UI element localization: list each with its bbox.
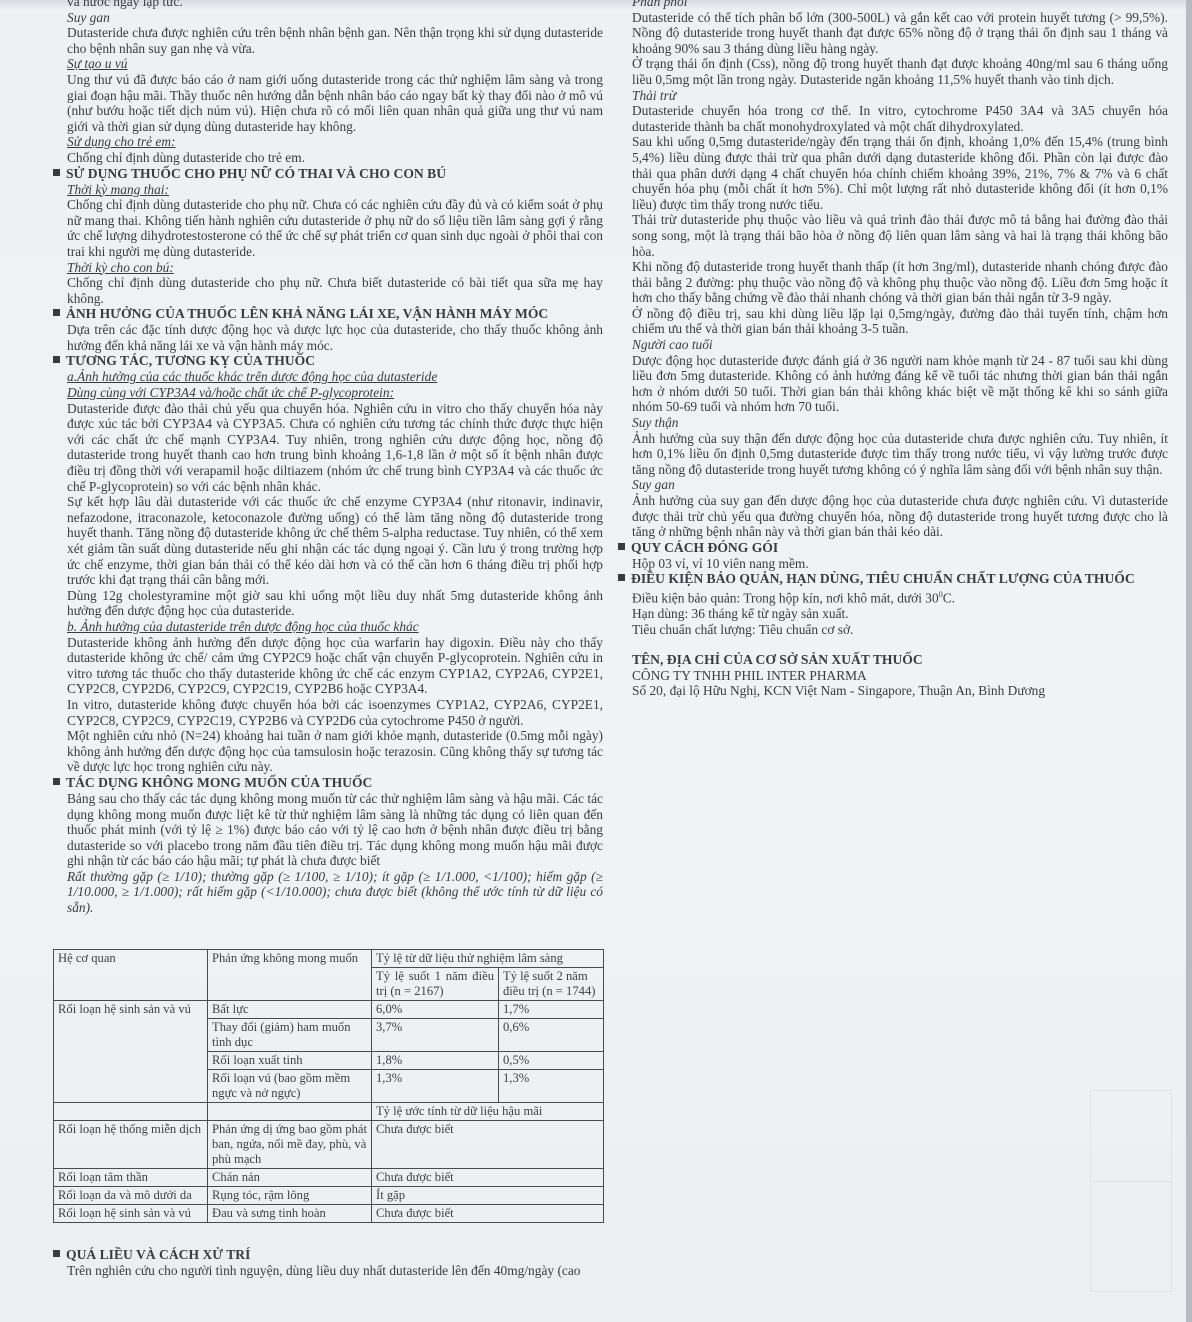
storage-heading-text: ĐIỀU KIỆN BẢO QUẢN, HẠN DÙNG, TIÊU CHUẨN…: [631, 571, 1135, 586]
table-row: Rối loạn tâm thần Chán nản Chưa được biế…: [54, 1169, 604, 1187]
reaction-cell: Rụng tóc, rậm lông: [208, 1187, 372, 1205]
reaction-cell: Chán nản: [208, 1169, 372, 1187]
thai-tru-para-2: Sau khi uống 0,5mg dutasteride/ngày đến …: [618, 134, 1168, 212]
reaction-cell: Rối loạn xuất tinh: [208, 1052, 372, 1070]
interactions-heading-text: TƯƠNG TÁC, TƯƠNG KỴ CỦA THUỐC: [66, 353, 315, 368]
left-column: và nước ngay lập tức. Suy gan Dutasterid…: [53, 0, 603, 916]
rate-cell: Chưa được biết: [372, 1169, 604, 1187]
year1-cell: 6,0%: [372, 1001, 499, 1019]
header-reaction: Phản ứng không mong muốn: [208, 950, 372, 1001]
interactions-para-2: Sự kết hợp lâu dài dutasteride với các t…: [53, 494, 603, 588]
square-bullet-icon: [618, 543, 625, 550]
organ-cell: Rối loạn hệ sinh sản và vú: [54, 1001, 208, 1103]
overdose-text: Trên nghiên cứu cho người tình nguyện, d…: [53, 1263, 603, 1279]
quality-standard: Tiêu chuẩn chất lượng: Tiêu chuẩn cơ sở.: [618, 622, 1168, 638]
suy-gan-text: Dutasteride chưa được nghiên cứu trên bệ…: [53, 25, 603, 56]
table-row: Rối loạn hệ sinh sản và vú Bất lực 6,0% …: [54, 1001, 604, 1019]
rate-cell: Chưa được biết: [372, 1121, 604, 1169]
nguoi-cao-tuoi-title: Người cao tuổi: [618, 337, 1168, 353]
packaging-heading: QUY CÁCH ĐÓNG GÓI: [618, 540, 1168, 556]
thai-tru-para-3: Thải trừ dutasteride phụ thuộc vào liều …: [618, 212, 1168, 259]
suy-gan-right-title: Suy gan: [618, 477, 1168, 493]
header-year1: Tỷ lệ suốt 1 năm điều trị (n = 2167): [372, 968, 499, 1001]
interactions-para-1: Dutasteride được đào thải chủ yếu qua ch…: [53, 401, 603, 495]
table-header-row: Hệ cơ quan Phản ứng không mong muốn Tỷ l…: [54, 950, 604, 968]
driving-heading: ẢNH HƯỞNG CỦA THUỐC LÊN KHẢ NĂNG LÁI XE,…: [53, 306, 603, 322]
year2-cell: 0,5%: [499, 1052, 604, 1070]
storage-condition: Điều kiện bảo quản: Trong hộp kín, nơi k…: [618, 587, 1168, 606]
rate-cell: Chưa được biết: [372, 1205, 604, 1223]
pregnancy-heading: SỬ DỤNG THUỐC CHO PHỤ NỮ CÓ THAI VÀ CHO …: [53, 166, 603, 182]
organ-cell: Rối loạn da và mô dưới da: [54, 1187, 208, 1205]
interactions-heading: TƯƠNG TÁC, TƯƠNG KỴ CỦA THUỐC: [53, 353, 603, 369]
cho-con-bu-title: Thời kỳ cho con bú:: [53, 260, 603, 276]
organ-cell: Rối loạn hệ thống miễn dịch: [54, 1121, 208, 1169]
frequency-note: Rất thường gặp (≥ 1/10); thường gặp (≥ 1…: [53, 869, 603, 916]
su-tao-u-vu-title: Sự tạo u vú: [53, 56, 603, 72]
thai-tru-para-4: Khi nồng độ dutasteride trong huyết than…: [618, 259, 1168, 306]
adverse-text: Bảng sau cho thấy các tác dụng không mon…: [53, 791, 603, 869]
interactions-para-3: Dùng 12g cholestyramine một giờ sau khi …: [53, 588, 603, 619]
year1-cell: 1,8%: [372, 1052, 499, 1070]
rate-cell: Ít gặp: [372, 1187, 604, 1205]
storage-condition-text: Điều kiện bảo quản: Trong hộp kín, nơi k…: [632, 591, 939, 606]
interactions-sub-a2: Dùng cùng với CYP3A4 và/hoặc chất ức chế…: [53, 385, 603, 401]
reaction-cell: Thay đổi (giảm) ham muốn tình dục: [208, 1019, 372, 1052]
tre-em-text: Chống chỉ định dùng dutasteride cho trẻ …: [53, 150, 603, 166]
driving-heading-text: ẢNH HƯỞNG CỦA THUỐC LÊN KHẢ NĂNG LÁI XE,…: [66, 306, 548, 321]
right-column: Phân phối Dutasteride có thể tích phân b…: [618, 0, 1168, 699]
manufacturer-company: CÔNG TY TNHH PHIL INTER PHARMA: [618, 668, 1168, 684]
square-bullet-icon: [53, 169, 60, 176]
tre-em-title: Sử dụng cho trẻ em:: [53, 134, 603, 150]
storage-heading: ĐIỀU KIỆN BẢO QUẢN, HẠN DÙNG, TIÊU CHUẨN…: [618, 571, 1168, 587]
reaction-cell: Rối loạn vú (bao gồm mềm ngực và nở ngực…: [208, 1070, 372, 1103]
manufacturer-heading: TÊN, ĐỊA CHỈ CỦA CƠ SỞ SẢN XUẤT THUỐC: [618, 652, 1168, 668]
shelf-life: Hạn dùng: 36 tháng kể từ ngày sản xuất.: [618, 606, 1168, 622]
square-bullet-icon: [53, 309, 60, 316]
suy-gan-right-text: Ảnh hưởng của suy gan đến dược động học …: [618, 493, 1168, 540]
overdose-heading-text: QUÁ LIỀU VÀ CÁCH XỬ TRÍ: [66, 1247, 250, 1262]
su-tao-u-vu-text: Ung thư vú đã được báo cáo ở nam giới uố…: [53, 72, 603, 134]
phan-phoi-title: Phân phối: [618, 0, 1168, 10]
page-edge: [1186, 0, 1192, 1322]
square-bullet-icon: [53, 778, 60, 785]
year2-cell: 1,7%: [499, 1001, 604, 1019]
reaction-cell: Đau và sưng tinh hoàn: [208, 1205, 372, 1223]
adverse-effects-table: Hệ cơ quan Phản ứng không mong muốn Tỷ l…: [53, 949, 604, 1223]
header-clinical: Tỷ lệ từ dữ liệu thử nghiệm lâm sàng: [372, 950, 604, 968]
phan-phoi-para-2: Ở trạng thái ổn định (Css), nồng độ tron…: [618, 56, 1168, 87]
adverse-heading: TÁC DỤNG KHÔNG MONG MUỐN CỦA THUỐC: [53, 775, 603, 791]
overdose-heading: QUÁ LIỀU VÀ CÁCH XỬ TRÍ: [53, 1247, 603, 1263]
empty-cell: [54, 1103, 208, 1121]
table-row: Rối loạn da và mô dưới da Rụng tóc, rậm …: [54, 1187, 604, 1205]
adverse-heading-text: TÁC DỤNG KHÔNG MONG MUỐN CỦA THUỐC: [66, 775, 372, 790]
intro-line: và nước ngay lập tức.: [53, 0, 603, 10]
square-bullet-icon: [53, 1250, 60, 1257]
storage-condition-unit: C.: [943, 591, 955, 606]
phan-phoi-para-1: Dutasteride có thể tích phân bố lớn (300…: [618, 10, 1168, 57]
thai-tru-para-1: Dutasteride chuyển hóa trong cơ thể. In …: [618, 103, 1168, 134]
interactions-sub-a: a.Ảnh hưởng của các thuốc khác trên dược…: [53, 369, 603, 385]
nguoi-cao-tuoi-text: Dược động học dutasteride được đánh giá …: [618, 353, 1168, 415]
packaging-heading-text: QUY CÁCH ĐÓNG GÓI: [631, 540, 778, 555]
organ-cell: Rối loạn tâm thần: [54, 1169, 208, 1187]
pregnancy-heading-text: SỬ DỤNG THUỐC CHO PHỤ NỮ CÓ THAI VÀ CHO …: [66, 166, 446, 181]
reaction-cell: Bất lực: [208, 1001, 372, 1019]
year2-cell: 1,3%: [499, 1070, 604, 1103]
reaction-cell: Phản ứng dị ứng bao gồm phát ban, ngứa, …: [208, 1121, 372, 1169]
mang-thai-title: Thời kỳ mang thai:: [53, 182, 603, 198]
show-through-table: [1090, 1090, 1172, 1292]
mang-thai-text: Chống chỉ định dùng dutasteride cho phụ …: [53, 197, 603, 259]
header-year2: Tỷ lệ suốt 2 năm điều trị (n = 1744): [499, 968, 604, 1001]
packaging-text: Hộp 03 vỉ, vỉ 10 viên nang mềm.: [618, 556, 1168, 572]
year1-cell: 1,3%: [372, 1070, 499, 1103]
thai-tru-para-5: Ở nồng độ điều trị, sau khi dùng liều lặ…: [618, 306, 1168, 337]
suy-than-text: Ảnh hưởng của suy thận đến dược động học…: [618, 431, 1168, 478]
manufacturer-address: Số 20, đại lộ Hữu Nghị, KCN Việt Nam - S…: [618, 683, 1168, 699]
thai-tru-title: Thải trừ: [618, 88, 1168, 104]
empty-cell: [208, 1103, 372, 1121]
organ-cell: Rối loạn hệ sinh sản và vú: [54, 1205, 208, 1223]
cho-con-bu-text: Chống chỉ định dùng dutasteride cho phụ …: [53, 275, 603, 306]
interactions-sub-b: b. Ảnh hưởng của dutasteride trên dược đ…: [53, 619, 603, 635]
interactions-para-6: Một nghiên cứu nhỏ (N=24) khoảng hai tuầ…: [53, 728, 603, 775]
interactions-para-5: In vitro, dutasteride không được chuyển …: [53, 697, 603, 728]
table-row: Rối loạn hệ thống miễn dịch Phản ứng dị …: [54, 1121, 604, 1169]
overdose-section: QUÁ LIỀU VÀ CÁCH XỬ TRÍ Trên nghiên cứu …: [53, 1247, 603, 1279]
interactions-para-4: Dutasteride không ảnh hưởng đến dược độn…: [53, 635, 603, 697]
table-row: Rối loạn hệ sinh sản và vú Đau và sưng t…: [54, 1205, 604, 1223]
driving-text: Dựa trên các đặc tính dược động học và d…: [53, 322, 603, 353]
header-postmarket: Tỷ lệ ước tính từ dữ liệu hậu mãi: [372, 1103, 604, 1121]
table-postmarket-header-row: Tỷ lệ ước tính từ dữ liệu hậu mãi: [54, 1103, 604, 1121]
year2-cell: 0,6%: [499, 1019, 604, 1052]
suy-gan-title: Suy gan: [53, 10, 603, 26]
suy-than-title: Suy thận: [618, 415, 1168, 431]
square-bullet-icon: [53, 356, 60, 363]
header-organ: Hệ cơ quan: [54, 950, 208, 1001]
square-bullet-icon: [618, 574, 625, 581]
year1-cell: 3,7%: [372, 1019, 499, 1052]
